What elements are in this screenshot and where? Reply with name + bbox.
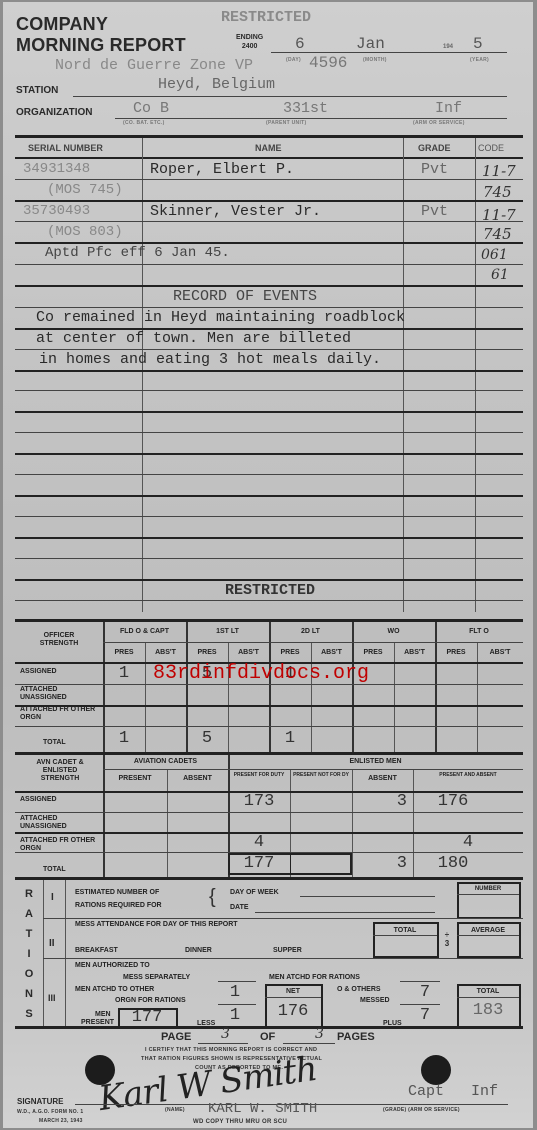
o-others-messed-value: 7 xyxy=(415,983,435,1002)
restricted-stamp-bottom: RESTRICTED xyxy=(225,582,315,599)
copy-note: WD COPY THRU MRU OR SCU xyxy=(193,1119,287,1125)
report-year: 5 xyxy=(473,35,483,53)
group-flt-o: FLT O xyxy=(435,628,523,635)
row2-mos: (MOS 745) xyxy=(47,182,123,198)
col-serial-number: SERIAL NUMBER xyxy=(28,143,103,153)
row3-grade: Pvt xyxy=(421,203,448,220)
location-line: Nord de Guerre Zone VP xyxy=(55,57,253,74)
enlisted-strength-table: AVN CADET & ENLISTED STRENGTH ASSIGNED A… xyxy=(15,755,523,877)
row1-grade: Pvt xyxy=(421,161,448,178)
report-day: 6 xyxy=(295,35,305,53)
watermark: 83rdinfdivdocs.org xyxy=(153,662,369,685)
men-present-value: 177 xyxy=(120,1008,174,1027)
signer-arm: Inf xyxy=(471,1083,498,1100)
em-assigned-pres-abs: 176 xyxy=(413,792,493,811)
group-1st-lt: 1ST LT xyxy=(186,628,269,635)
group-enlisted-men: ENLISTED MEN xyxy=(228,758,523,765)
em-assigned-present-duty: 173 xyxy=(228,792,290,811)
row1-serial: 34931348 xyxy=(23,161,90,177)
org-parent-unit: 331st xyxy=(283,100,328,117)
station-label: STATION xyxy=(16,85,58,96)
ending-label: ENDING2400 xyxy=(236,33,263,51)
punch-hole-right xyxy=(421,1055,451,1085)
officer-total-fld-pres: 1 xyxy=(103,729,145,748)
plus-value: 7 xyxy=(415,1006,435,1025)
officer-total-2lt-pres: 1 xyxy=(269,729,311,748)
enlisted-strength-title: AVN CADET & ENLISTED STRENGTH xyxy=(29,759,91,783)
group-wo: WO xyxy=(352,628,435,635)
officer-strength-title: OFFICER STRENGTH xyxy=(29,632,89,648)
less-value: 1 xyxy=(220,1006,250,1025)
row1-name: Roper, Elbert P. xyxy=(150,161,294,178)
signature-label: SIGNATURE xyxy=(17,1097,64,1106)
record-of-events-title: RECORD OF EVENTS xyxy=(173,288,317,305)
em-total-pres-abs: 180 xyxy=(413,854,493,873)
row6-code: 61 xyxy=(491,267,509,283)
grand-total-value: 183 xyxy=(457,1001,519,1020)
grid-reference: 4596 xyxy=(309,54,347,72)
page-label: PAGE xyxy=(161,1031,191,1043)
em-total-absent: 3 xyxy=(352,854,413,873)
morning-report-form: COMPANY MORNING REPORT RESTRICTED ENDING… xyxy=(3,2,533,1128)
col-code: CODE xyxy=(478,143,504,153)
em-attached-pres-abs: 4 xyxy=(413,833,523,852)
row4-mos: (MOS 803) xyxy=(47,224,123,240)
officer-strength-table: OFFICER STRENGTH ASSIGNED ATTACHED UNASS… xyxy=(15,622,523,752)
em-assigned-absent: 3 xyxy=(352,792,413,811)
organization-label: ORGANIZATION xyxy=(16,107,92,118)
org-arm: Inf xyxy=(435,100,462,117)
page-number: 3 xyxy=(221,1026,230,1042)
row5-remark: Aptd Pfc eff 6 Jan 45. xyxy=(45,245,230,261)
em-total-present-duty: 177 xyxy=(228,854,290,873)
row4-code: 745 xyxy=(483,225,512,243)
row5-code: 061 xyxy=(481,247,508,263)
row3-serial: 35730493 xyxy=(23,203,90,219)
rations-section: RATIONS I ESTIMATED NUMBER OF RATIONS RE… xyxy=(15,880,523,1026)
station-value: Heyd, Belgium xyxy=(158,76,275,93)
col-name: NAME xyxy=(255,143,282,153)
row1-code: 11-7 xyxy=(482,162,516,180)
group-aviation-cadets: AVIATION CADETS xyxy=(103,758,228,765)
org-company: Co B xyxy=(133,100,169,117)
rations-side-label: RATIONS xyxy=(23,884,35,1024)
net-value: 176 xyxy=(265,1002,321,1021)
event-line-1: Co remained in Heyd maintaining roadbloc… xyxy=(36,309,405,326)
col-grade: GRADE xyxy=(418,143,451,153)
form-title-line2: MORNING REPORT xyxy=(16,35,186,56)
row2-code: 745 xyxy=(483,183,512,201)
group-2d-lt: 2D LT xyxy=(269,628,352,635)
event-line-3: in homes and eating 3 hot meals daily. xyxy=(39,351,381,368)
group-fld-o-capt: FLD O & CAPT xyxy=(103,628,186,635)
restricted-stamp-top: RESTRICTED xyxy=(221,9,311,26)
em-attached-present-duty: 4 xyxy=(228,833,290,852)
signer-name: KARL W. SMITH xyxy=(208,1101,317,1117)
officer-assigned-fld-pres: 1 xyxy=(103,664,145,683)
event-line-2: at center of town. Men are billeted xyxy=(36,330,351,347)
of-label: OF xyxy=(260,1031,275,1043)
signer-grade: Capt xyxy=(408,1083,444,1100)
form-title-line1: COMPANY xyxy=(16,14,108,35)
atchd-other-orgn-value: 1 xyxy=(220,983,250,1002)
officer-total-1lt-pres: 5 xyxy=(186,729,228,748)
row3-name: Skinner, Vester Jr. xyxy=(150,203,321,220)
report-month: Jan xyxy=(356,35,385,53)
pages-label: PAGES xyxy=(337,1031,375,1043)
page-total: 3 xyxy=(315,1026,324,1042)
